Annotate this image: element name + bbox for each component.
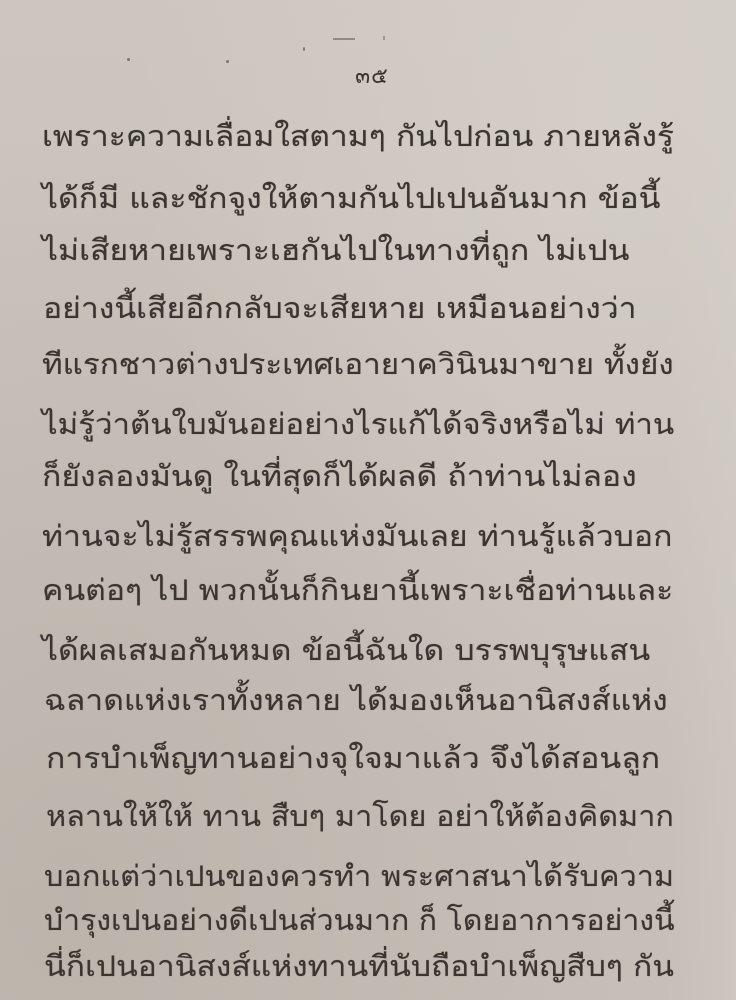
- paper-speck: [303, 47, 305, 51]
- text-line-10: ได้ผลเสมอกันหมด ข้อนี้ฉันใด บรรพบุรุษแสน: [42, 636, 650, 665]
- page-number: ๓๕: [4, 58, 736, 93]
- text-line-4: อย่างนี้เสียอีกกลับจะเสียหาย เหมือนอย่าง…: [43, 294, 637, 323]
- text-line-13: หลานให้ให้ ทาน สืบๆ มาโดย อย่าให้ต้องคิด…: [46, 802, 674, 831]
- text-line-5: ทีแรกชาวต่างประเทศเอายาควินินมาขาย ทั้งย…: [42, 350, 674, 379]
- text-line-3: ไม่เสียหายเพราะเฮกันไปในทางที่ถูก ไม่เปน: [42, 236, 629, 265]
- text-line-7: ก็ยังลองมันดู ในที่สุดก็ได้ผลดี ถ้าท่านไ…: [42, 462, 637, 491]
- text-line-14: บอกแต่ว่าเปนของควรทำ พระศาสนาได้รับความ: [44, 862, 674, 891]
- page-edge-shading: [666, 0, 736, 1000]
- print-mark: [333, 38, 355, 40]
- text-line-9: คนต่อๆ ไป พวกนั้นก็กินยานี้เพราะเชื่อท่า…: [42, 576, 673, 605]
- text-line-2: ได้ก็มี และชักจูงให้ตามกันไปเปนอันมาก ข้…: [42, 184, 660, 213]
- text-line-16: นี่ก็เปนอานิสงส์แห่งทานที่นับถือบำเพ็ญสื…: [44, 952, 674, 981]
- text-line-12: การบำเพ็ญทานอย่างจุใจมาแล้ว จึงได้สอนลูก: [46, 744, 660, 773]
- text-line-8: ท่านจะไม่รู้สรรพคุณแห่งมันเลย ท่านรู้แล้…: [42, 522, 672, 551]
- text-line-6: ไม่รู้ว่าต้นใบมันอย่อย่างไรแก้ได้จริงหรื…: [42, 410, 674, 439]
- text-line-11: ฉลาดแห่งเราทั้งหลาย ได้มองเห็นอานิสงส์แห…: [44, 686, 668, 715]
- print-mark: [383, 36, 385, 40]
- book-page: ๓๕ เพราะความเลื่อมใสตามๆ กันไปก่อน ภายหล…: [0, 0, 736, 1000]
- text-line-1: เพราะความเลื่อมใสตามๆ กันไปก่อน ภายหลังร…: [42, 122, 674, 151]
- text-line-15: บำรุงเปนอย่างดีเปนส่วนมาก ก็ โดยอาการอย่…: [44, 906, 675, 935]
